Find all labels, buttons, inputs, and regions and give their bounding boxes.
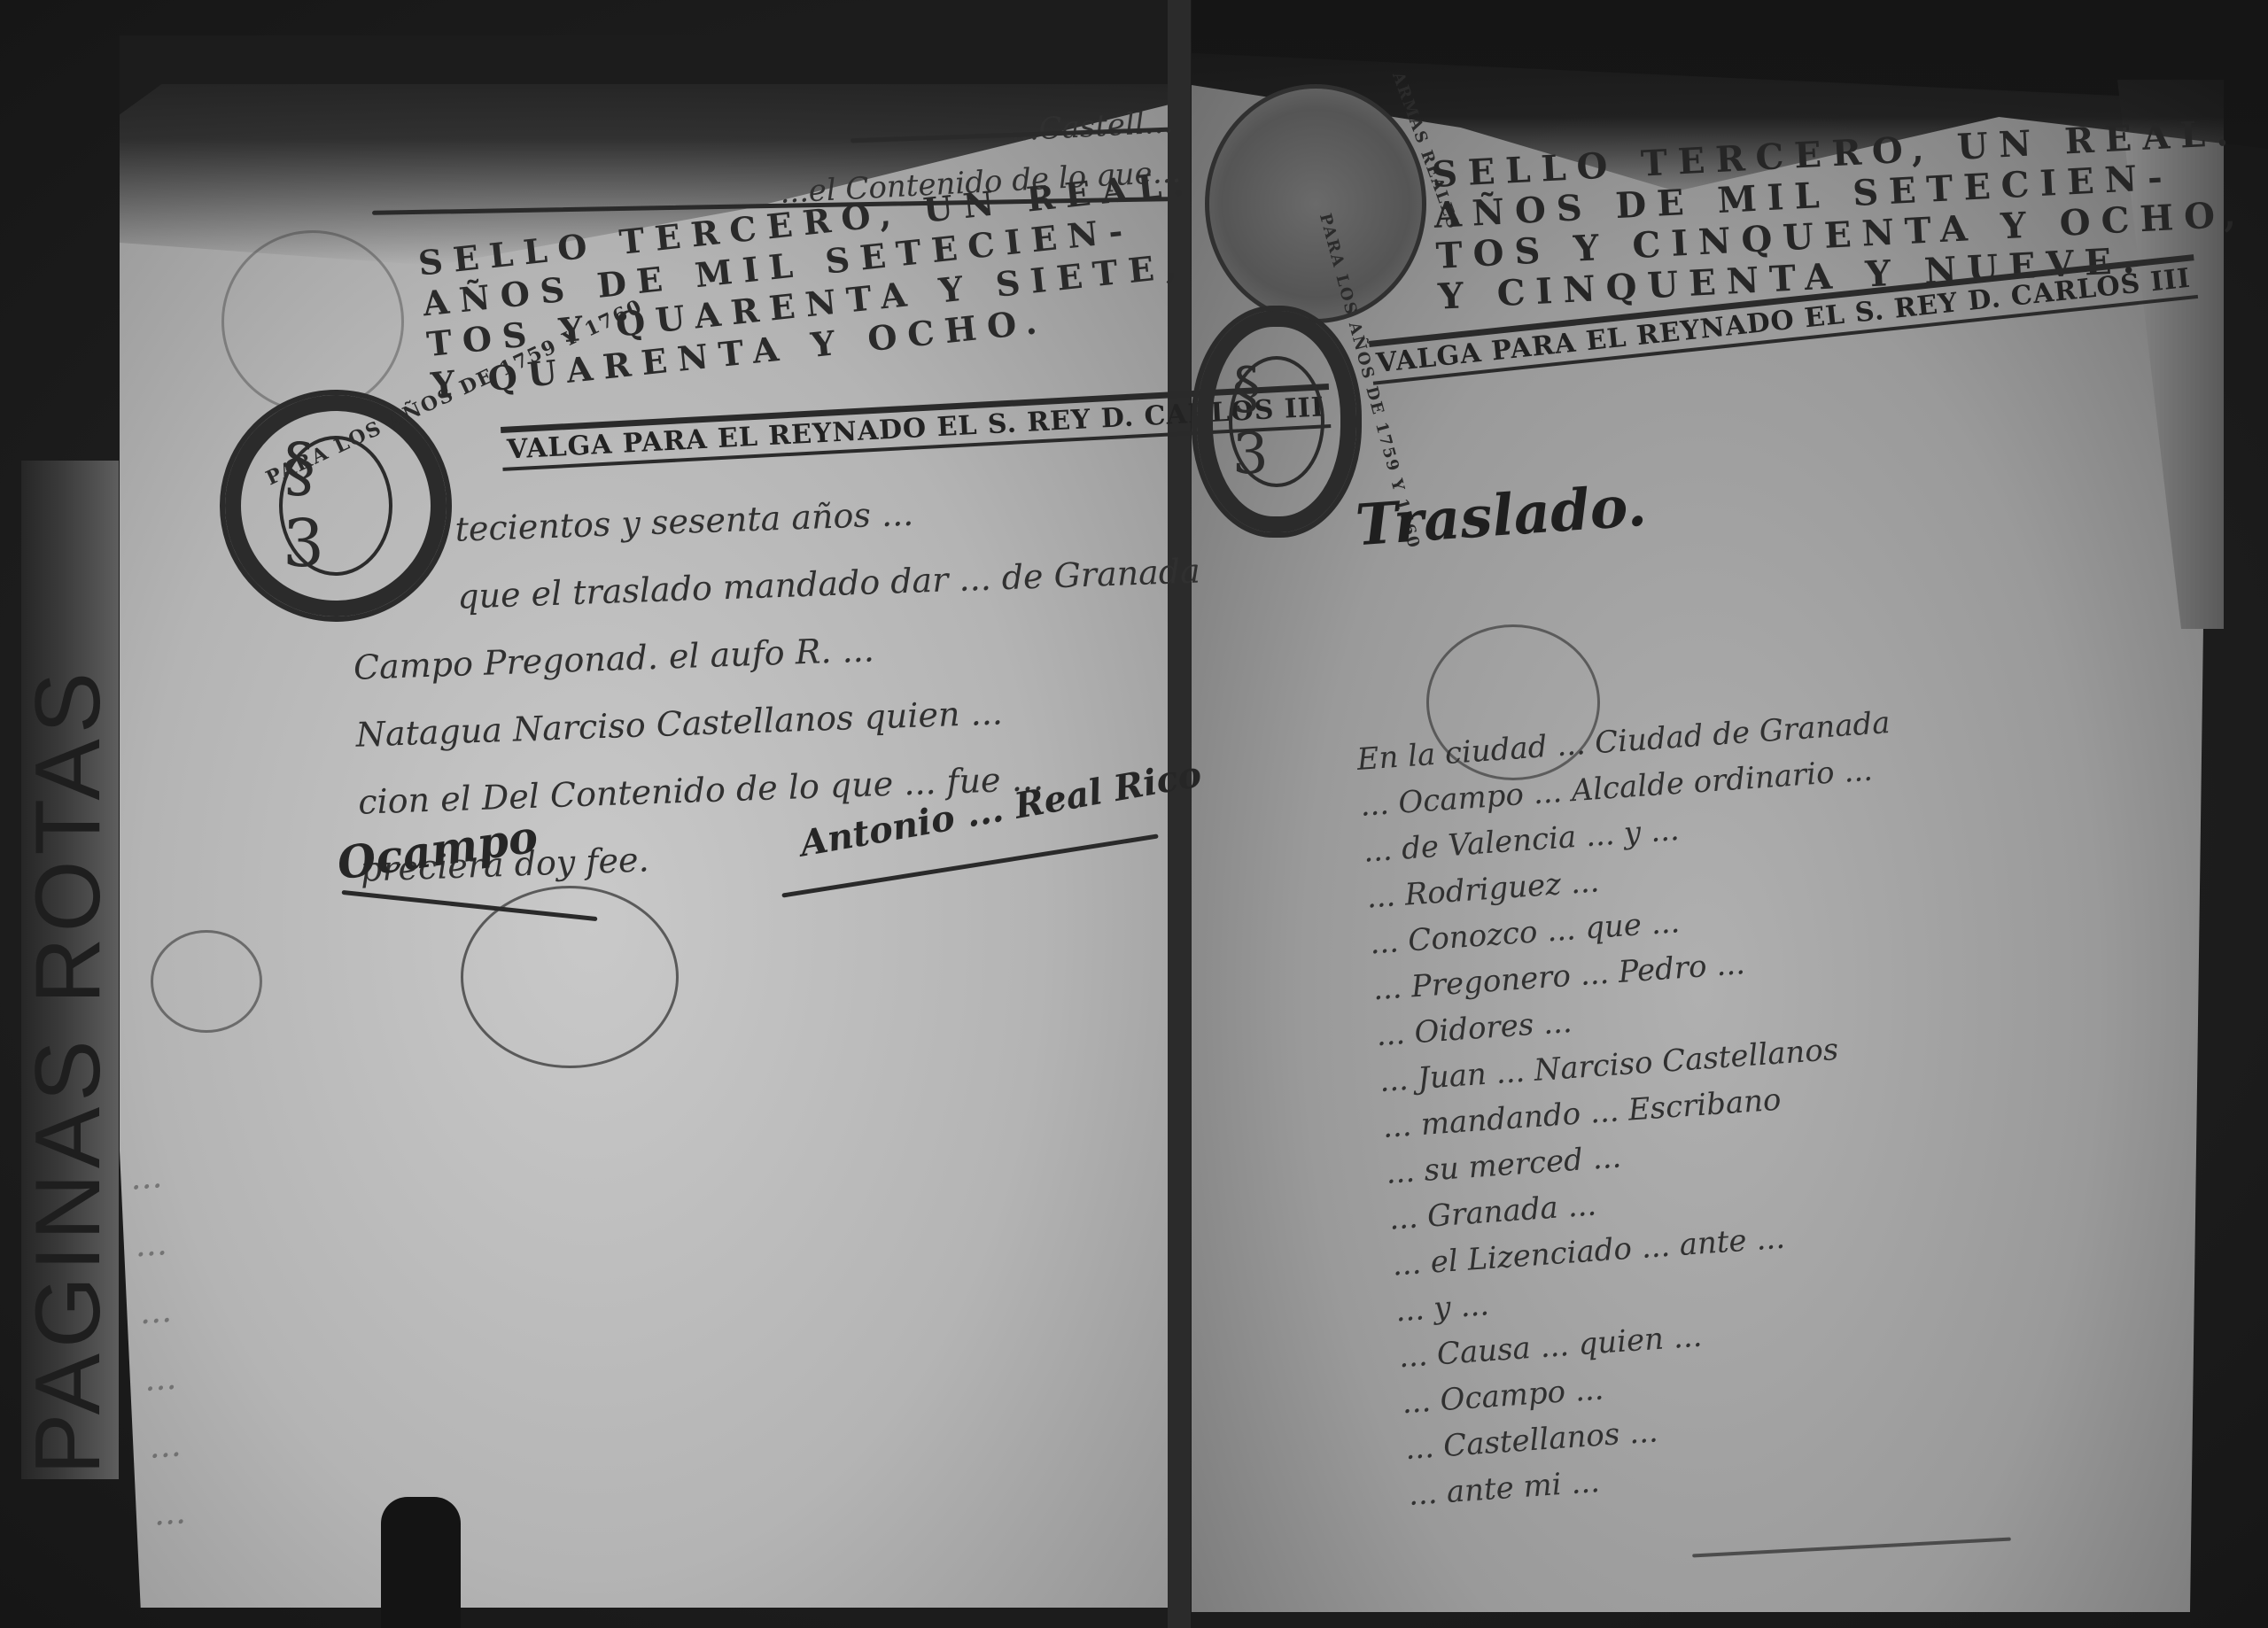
left-faded-line-1: ... <box>128 1142 164 1211</box>
signature-flourish-left <box>151 930 262 1033</box>
right-body: En la ciudad ... Ciudad de Granada ... O… <box>1355 700 1943 1518</box>
broken-pages-label: PAGINAS ROTAS <box>19 456 117 1475</box>
royal-arms-seal: ARMAS REALES <box>1205 84 1426 323</box>
left-faded-line-3: ... <box>137 1276 174 1345</box>
left-faded-line-2: ... <box>132 1209 168 1278</box>
binding-tab <box>381 1497 461 1628</box>
left-faded-line-4: ... <box>142 1344 178 1413</box>
signature-flourish-circle <box>461 886 679 1068</box>
right-seal-inner-ring: § 3 <box>1229 356 1324 487</box>
left-tax-seal: § 3 <box>220 390 452 622</box>
left-faded-line-5: ... <box>146 1411 183 1480</box>
left-faded-line-6: ... <box>151 1477 188 1547</box>
right-seal-section-mark: § 3 <box>1232 356 1321 487</box>
left-faint-seal <box>221 230 404 413</box>
right-tax-seal: § 3 <box>1192 306 1362 538</box>
